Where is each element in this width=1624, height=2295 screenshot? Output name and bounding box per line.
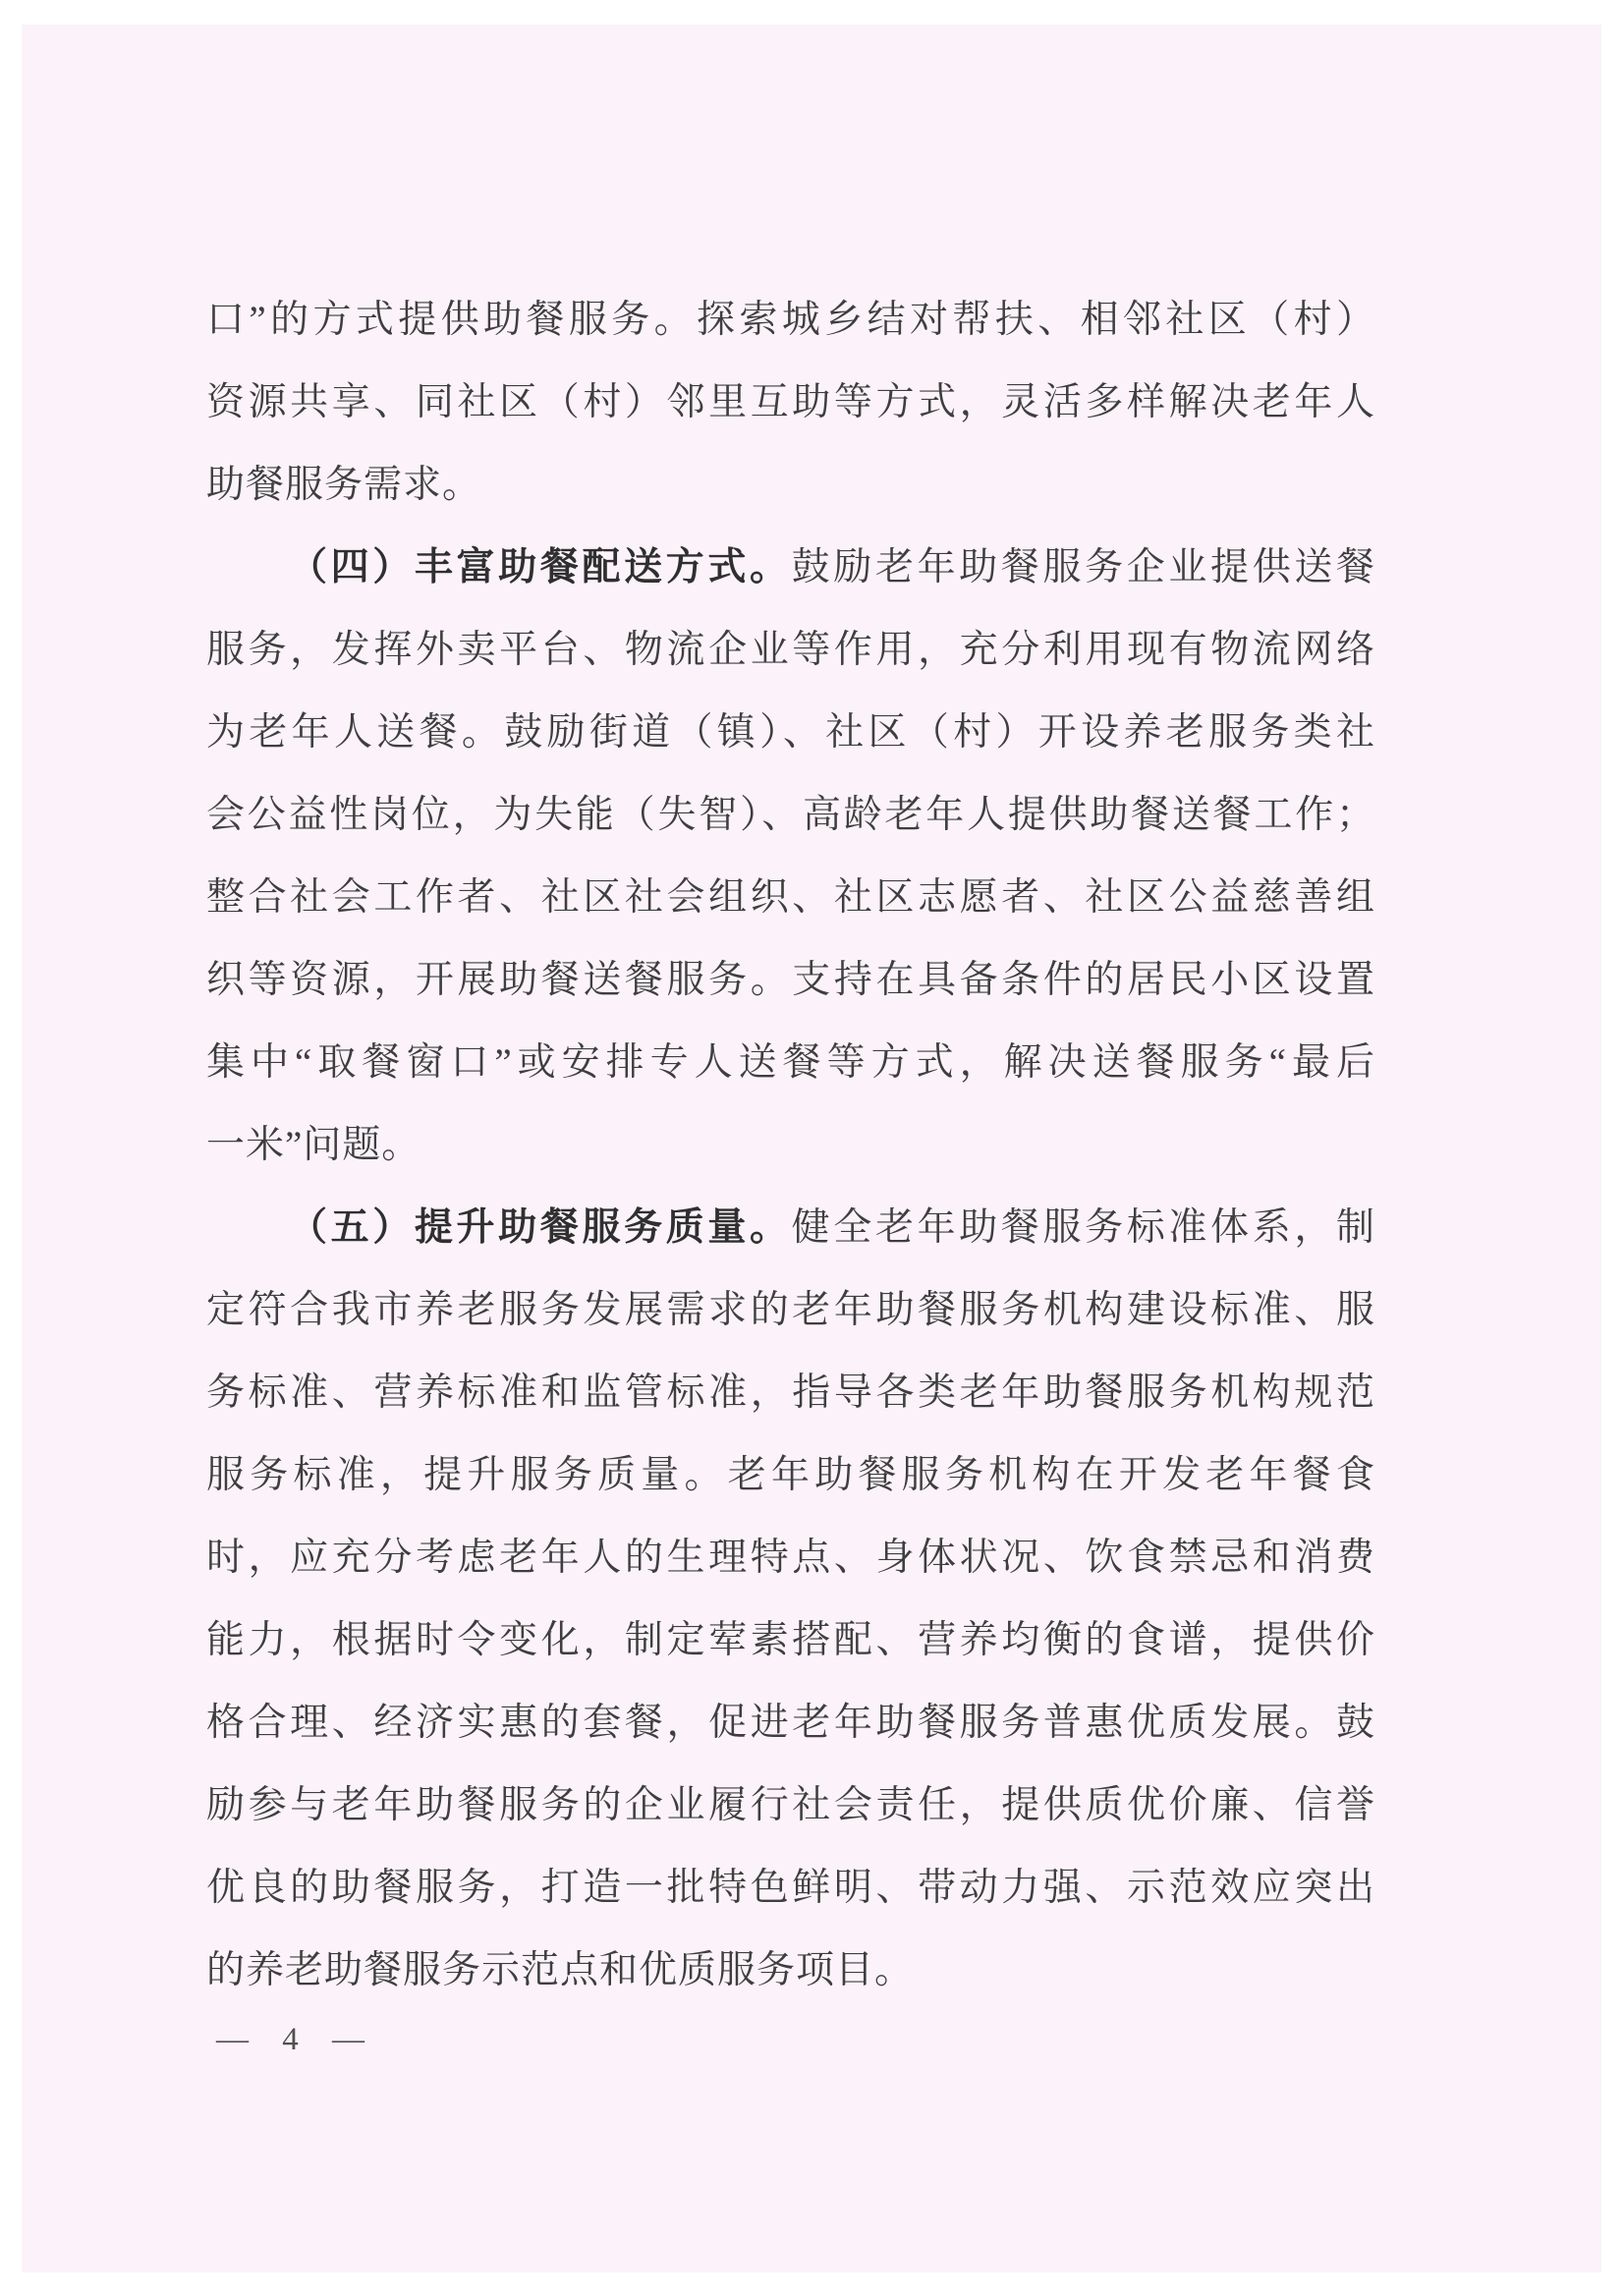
document-line: 能力，根据时令变化，制定荤素搭配、营养均衡的食谱，提供价 [206, 1599, 1375, 1682]
document-line-text: 服务标准，提升服务质量。老年助餐服务机构在开发老年餐食 [206, 1454, 1375, 1496]
document-line-text: 定符合我市养老服务发展需求的老年助餐服务机构建设标准、服 [206, 1289, 1375, 1331]
document-line: 的养老助餐服务示范点和优质服务项目。 [206, 1930, 1375, 2012]
document-line-text: 口”的方式提供助餐服务。探索城乡结对帮扶、相邻社区（村） [206, 299, 1375, 341]
document-line: 服务，发挥外卖平台、物流企业等作用，充分利用现有物流网络 [206, 609, 1375, 692]
document-line: 为老年人送餐。鼓励街道（镇）、社区（村）开设养老服务类社 [206, 692, 1375, 774]
document-line-text: 务标准、营养标准和监管标准，指导各类老年助餐服务机构规范 [206, 1371, 1375, 1414]
document-line: 口”的方式提供助餐服务。探索城乡结对帮扶、相邻社区（村） [206, 279, 1375, 362]
document-line: 定符合我市养老服务发展需求的老年助餐服务机构建设标准、服 [206, 1269, 1375, 1352]
document-body: 口”的方式提供助餐服务。探索城乡结对帮扶、相邻社区（村）资源共享、同社区（村）邻… [206, 279, 1375, 2012]
document-line-text: 能力，根据时令变化，制定荤素搭配、营养均衡的食谱，提供价 [206, 1619, 1375, 1661]
document-line-text: 服务，发挥外卖平台、物流企业等作用，充分利用现有物流网络 [206, 629, 1375, 671]
document-line-text: 整合社会工作者、社区社会组织、社区志愿者、社区公益慈善组 [206, 876, 1375, 919]
document-page: 口”的方式提供助餐服务。探索城乡结对帮扶、相邻社区（村）资源共享、同社区（村）邻… [22, 25, 1601, 2272]
scanned-page-canvas: 口”的方式提供助餐服务。探索城乡结对帮扶、相邻社区（村）资源共享、同社区（村）邻… [0, 0, 1624, 2295]
document-line: 集中“取餐窗口”或安排专人送餐等方式，解决送餐服务“最后 [206, 1022, 1375, 1104]
document-line-text: 格合理、经济实惠的套餐，促进老年助餐服务普惠优质发展。鼓 [206, 1702, 1375, 1744]
document-line: 一米”问题。 [206, 1104, 1375, 1187]
document-line: 务标准、营养标准和监管标准，指导各类老年助餐服务机构规范 [206, 1352, 1375, 1434]
document-line: 助餐服务需求。 [206, 444, 1375, 527]
document-line-text: 健全老年助餐服务标准体系，制 [792, 1206, 1375, 1249]
document-line: 励参与老年助餐服务的企业履行社会责任，提供质优价廉、信誉 [206, 1764, 1375, 1847]
document-line: 整合社会工作者、社区社会组织、社区志愿者、社区公益慈善组 [206, 857, 1375, 939]
document-line: 织等资源，开展助餐送餐服务。支持在具备条件的居民小区设置 [206, 939, 1375, 1022]
document-line-with-section-heading: （五）提升助餐服务质量。健全老年助餐服务标准体系，制 [206, 1187, 1375, 1269]
document-line: 优良的助餐服务，打造一批特色鲜明、带动力强、示范效应突出 [206, 1847, 1375, 1930]
document-line: 资源共享、同社区（村）邻里互助等方式，灵活多样解决老年人 [206, 362, 1375, 444]
document-line: 服务标准，提升服务质量。老年助餐服务机构在开发老年餐食 [206, 1434, 1375, 1517]
document-line-text: 会公益性岗位，为失能（失智）、高龄老年人提供助餐送餐工作； [206, 794, 1375, 836]
section-heading: （五）提升助餐服务质量。 [289, 1206, 792, 1249]
document-line-text: 集中“取餐窗口”或安排专人送餐等方式，解决送餐服务“最后 [206, 1041, 1375, 1084]
document-line-text: 织等资源，开展助餐送餐服务。支持在具备条件的居民小区设置 [206, 959, 1375, 1001]
document-line-text: 优良的助餐服务，打造一批特色鲜明、带动力强、示范效应突出 [206, 1867, 1375, 1909]
document-line-text: 一米”问题。 [206, 1124, 420, 1166]
document-line-text: 资源共享、同社区（村）邻里互助等方式，灵活多样解决老年人 [206, 381, 1375, 423]
document-line-text: 的养老助餐服务示范点和优质服务项目。 [206, 1949, 914, 1991]
section-heading: （四）丰富助餐配送方式。 [289, 546, 792, 588]
document-line: 格合理、经济实惠的套餐，促进老年助餐服务普惠优质发展。鼓 [206, 1682, 1375, 1764]
document-line: 时，应充分考虑老年人的生理特点、身体状况、饮食禁忌和消费 [206, 1517, 1375, 1599]
document-line-text: 鼓励老年助餐服务企业提供送餐 [792, 546, 1375, 588]
page-number: — 4 — [216, 2004, 370, 2075]
document-line-text: 为老年人送餐。鼓励街道（镇）、社区（村）开设养老服务类社 [206, 711, 1375, 754]
document-line: 会公益性岗位，为失能（失智）、高龄老年人提供助餐送餐工作； [206, 774, 1375, 857]
document-line-with-section-heading: （四）丰富助餐配送方式。鼓励老年助餐服务企业提供送餐 [206, 527, 1375, 609]
document-line-text: 时，应充分考虑老年人的生理特点、身体状况、饮食禁忌和消费 [206, 1537, 1375, 1579]
document-line-text: 助餐服务需求。 [206, 464, 481, 506]
document-line-text: 励参与老年助餐服务的企业履行社会责任，提供质优价廉、信誉 [206, 1784, 1375, 1826]
